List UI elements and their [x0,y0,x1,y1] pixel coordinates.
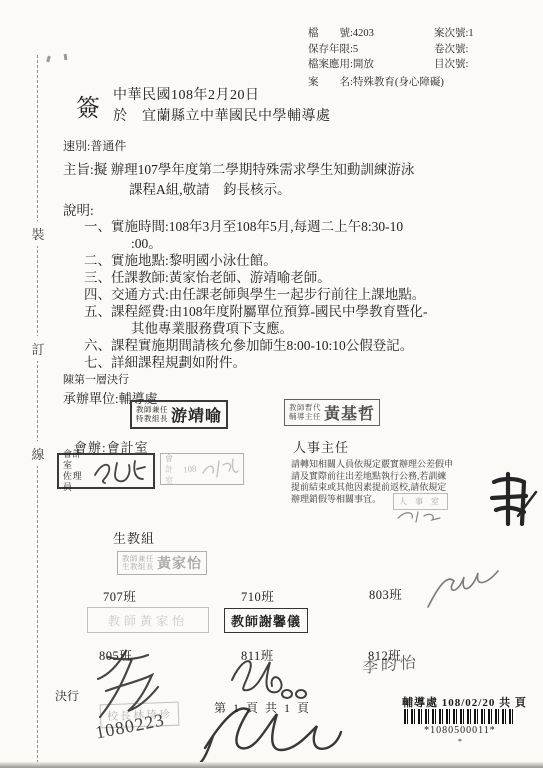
stamp-accounting-clerk: 會計室 佐理員 [57,453,155,489]
handwritten-signature-812: 李昀怡 [362,649,419,678]
doc-type-qian: 簽 [76,88,101,123]
stamp-role-line2: 佐理員 [63,471,88,493]
priority-line: 速別:普通件 [63,137,126,154]
binding-char-ding: 訂 [29,336,47,361]
barcode [404,709,516,724]
scan-bottom-edge [0,762,543,768]
stamp-teacher-707: 教師黃家怡 [87,607,209,633]
handwritten-signature-accounting-office [199,455,239,483]
case-name-value: 特殊教育(身心障礙) [353,77,444,88]
binding-dashed-line [37,55,38,768]
retention-label: 保存年限: [308,44,353,55]
stamp-name-text: 教師黃家怡 [108,612,188,629]
stamp-role-line2: 生教組長 [122,563,154,572]
discipline-section-title: 生教組 [113,528,155,547]
binding-char-zhuang: 裝 [29,221,47,246]
case-name-row: 案 名:特殊教育(身心障礙) [308,74,444,89]
footer-dept-date-stamp: 輔導處 108/02/20 共 頁 [402,694,527,710]
stamp-special-ed-group-leader: 教師兼任 特教組長 游靖喻 [130,400,228,429]
usage-label: 檔案應用: [308,59,353,70]
decision-label: 決行 [55,687,79,704]
class-label-803: 803班 [369,585,402,603]
file-no-label: 檔 號: [308,28,353,39]
handwritten-signature-personnel [396,508,442,524]
personnel-title: 人事主任 [293,437,349,456]
barcode-number: *1080500011* [404,725,516,736]
subject-paragraph: 主旨:擬 辦理107學年度第二學期特殊需求學生知動訓練游泳 課程A組,敬請 鈞長… [63,160,543,200]
retention-value: 5 [353,44,358,55]
explanation-label: 說明: [63,199,94,219]
scanned-document-page: 裝 訂 線 檔 號:4203 保存年限:5 檔案應用:開放 案次號:1 卷次號:… [0,0,543,768]
explanation-item-5: 五、課程經費:由108年度附屬單位預算-國民中學教育暨化- 其他專業服務費項下支… [84,303,532,337]
class-label-707: 707班 [103,587,136,605]
explanation-item-1: 一、實施時間:108年3月至108年5月,每週二上午8:30-10 :00。 [84,218,532,252]
file-no-value: 4203 [353,28,374,39]
stamp-role-text: 教師兼任 生教組長 [122,555,154,572]
class-label-710: 710班 [241,587,274,605]
scan-noise-mark [46,56,51,63]
stamp-office-text: 會計室 [165,453,180,486]
case-seq-value: 1 [468,28,473,39]
stamp-name-text: 黃家怡 [157,553,202,573]
barcode-asterisk-mark: * [404,737,516,746]
stamp-accounting-office: 會計室 108 [160,453,244,485]
handwritten-number: 108 [182,463,196,474]
explanation-items: 一、實施時間:108年3月至108年5月,每週二上午8:30-10 :00。 二… [84,218,532,371]
vol-seq-label: 卷次號: [434,44,468,55]
stamp-name-text: 游靖喻 [171,403,222,426]
doc-org-line: 於 宜蘭縣立中華國民中學輔導處 [113,105,331,125]
handwritten-signature-803 [420,565,505,615]
explanation-item-4: 四、交通方式:由任課老師與學生一起步行前往上課地點。 [84,286,532,303]
archive-meta-right: 案次號:1 卷次號: 目次號: [434,26,534,73]
explanation-item-6: 六、課程實施期間請核允參加師生8:00-10:10公假登記。 [84,337,532,354]
doc-date-line: 中華民國108年2月20日 [113,84,260,104]
explanation-item-2: 二、實施地點:黎明國小泳仕館。 [84,252,532,269]
handwritten-signature-accounting-clerk [91,455,149,487]
stamp-role-text: 教師暫代 輔導主任 [289,404,321,421]
stamp-name-text: 黃基哲 [324,401,375,424]
stamp-role-text: 會計室 佐理員 [63,449,88,493]
stamp-counseling-director: 教師暫代 輔導主任 黃基哲 [284,399,380,426]
explanation-item-7: 七、詳細課程規劃如附件。 [84,354,532,371]
handwritten-dark-seal-scribble [478,470,540,530]
usage-value: 開放 [353,59,374,70]
explanation-item-3: 三、任課教師:黃家怡老師、游靖喻老師。 [84,269,532,286]
stamp-role-line2: 輔導主任 [289,413,321,422]
stamp-teacher-710: 教師謝馨儀 [224,608,308,633]
stamp-discipline-group-leader: 教師兼任 生教組長 黃家怡 [117,551,207,575]
binding-char-xian: 線 [29,441,47,466]
archive-meta-left: 檔 號:4203 保存年限:5 檔案應用:開放 [308,26,430,73]
submit-level-note: 陳第一層決行 [63,371,129,387]
stamp-role-line2: 特教組長 [136,415,168,424]
footer-page-count: 第 1 頁 共 1 頁 [214,699,311,716]
stamp-role-line1: 會計室 [63,449,88,471]
item-seq-label: 目次號: [434,59,468,70]
stamp-role-text: 教師兼任 特教組長 [136,406,168,423]
case-seq-label: 案次號: [434,28,468,39]
case-name-label: 案 名: [308,77,353,88]
scan-noise-mark [64,54,68,60]
